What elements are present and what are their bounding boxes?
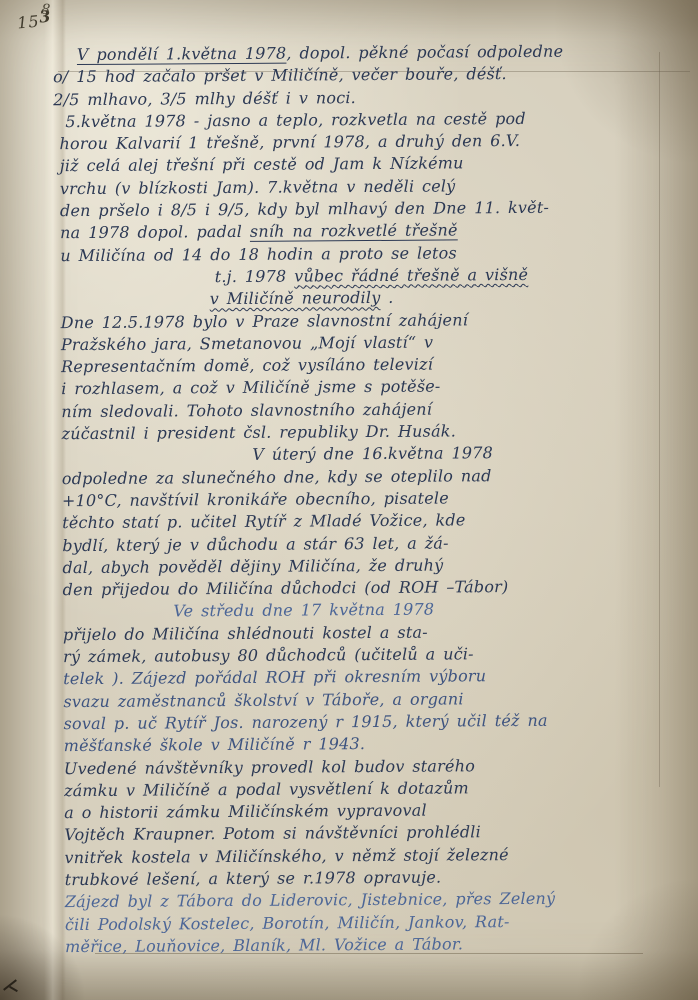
text-segment: telek ). Zájezd pořádal ROH při okresním… — [63, 667, 486, 689]
scanned-chronicle-page: 1583 V pondělí 1.května 1978, dopol. pěk… — [0, 0, 698, 1000]
pen-mark — [3, 979, 17, 990]
text-segment: V úterý dne 16.května 1978 — [252, 444, 493, 465]
text-segment: soval p. uč Rytíř Jos. narozený r 1915, … — [63, 711, 547, 733]
text-segment: již celá alej třešní při cestě od Jam k … — [60, 154, 464, 176]
text-segment: odpoledne za slunečného dne, kdy se otep… — [62, 466, 492, 488]
handwritten-line: měřice, Louňovice, Blaník, Ml. Vožice a … — [65, 932, 687, 959]
text-segment: rý zámek, autobusy 80 důchodců (učitelů … — [63, 644, 474, 666]
text-segment: dal, abych pověděl dějiny Miličína, že d… — [62, 555, 443, 577]
text-segment: vůbec řádné třešně a višně — [294, 265, 528, 286]
page-text: V pondělí 1.května 1978, dopol. pěkné po… — [59, 40, 687, 958]
text-segment: t.j. 1978 — [215, 267, 295, 287]
page-number-base: 15 — [16, 12, 40, 33]
text-segment: Uvedené návštěvníky provedl kol budov st… — [64, 756, 475, 778]
text-segment: a o historii zámku Miličínském vypravova… — [64, 801, 427, 823]
pen-mark — [9, 986, 18, 992]
text-segment: sníh na rozkvetlé třešně — [250, 221, 458, 241]
text-segment: vnitřek kostela v Miličínského, v němž s… — [64, 845, 508, 867]
text-segment: ním sledovali. Tohoto slavnostního zaháj… — [61, 399, 432, 421]
text-segment: zámku v Miličíně a podal vysvětlení k do… — [64, 778, 469, 800]
text-segment: vrchu (v blízkosti Jam). 7.května v nedě… — [60, 176, 456, 198]
text-segment: horou Kalvarií 1 třešně, první 1978, a d… — [59, 131, 520, 153]
text-segment: zúčastnil i president čsl. republiky Dr.… — [61, 421, 456, 443]
text-segment: měřice, Louňovice, Blaník, Ml. Vožice a … — [65, 934, 463, 956]
text-segment: na 1978 dopol. padal — [60, 222, 250, 242]
text-segment: Vojtěch Kraupner. Potom si návštěvníci p… — [64, 823, 481, 845]
text-segment: Representačním domě, což vysíláno televi… — [61, 355, 433, 377]
text-segment: Pražského jara, Smetanovou „Mojí vlastí“… — [61, 332, 433, 354]
text-segment: bydlí, který je v důchodu a stár 63 let,… — [62, 533, 449, 555]
handwritten-line: v Miličíně neurodily . — [0, 286, 613, 313]
text-segment: den přijedou do Miličína důchodci (od RO… — [63, 577, 509, 599]
page-number-corrected-digit: 83 — [38, 6, 53, 27]
handwritten-line: Ve středu dne 17 května 1978 — [0, 598, 615, 625]
text-segment: 5.května 1978 - jasno a teplo, rozkvetla… — [65, 109, 526, 131]
text-segment: o/ 15 hod začalo pršet v Miličíně, večer… — [53, 64, 507, 86]
text-segment: svazu zaměstnanců školství v Táboře, a o… — [63, 689, 463, 711]
text-segment: v Miličíně neurodily — [210, 288, 381, 308]
text-segment: , dopol. pěkné počasí odpoledne — [286, 42, 563, 63]
page-number: 1583 — [16, 6, 53, 33]
text-segment: těchto statí p. učitel Rytíř z Mladé Vož… — [62, 511, 465, 533]
text-segment: +10°C, navštívil kronikáře obecního, pis… — [62, 488, 449, 510]
text-segment: . — [380, 288, 393, 307]
text-segment: i rozhlasem, a což v Miličíně jsme s pot… — [61, 377, 440, 399]
text-segment: V pondělí 1.května 1978 — [77, 44, 287, 64]
text-segment: čili Podolský Kostelec, Borotín, Miličín… — [65, 912, 510, 934]
text-segment: den pršelo i 8/5 i 9/5, kdy byl mlhavý d… — [60, 198, 549, 220]
page-number-digit-over: 3 — [38, 7, 52, 27]
text-segment: měšťanské škole v Miličíně r 1943. — [64, 734, 366, 755]
text-segment: Ve středu dne 17 května 1978 — [173, 600, 434, 621]
text-segment: přijelo do Miličína shlédnouti kostel a … — [63, 622, 428, 644]
text-segment: trubkové lešení, a který se r.1978 oprav… — [65, 868, 442, 890]
text-segment: Dne 12.5.1978 bylo v Praze slavnostní za… — [61, 310, 468, 332]
text-segment: Zájezd byl z Tábora do Liderovic, Jisteb… — [65, 889, 556, 911]
text-segment: u Miličína od 14 do 18 hodin a proto se … — [60, 243, 457, 265]
text-segment: 2/5 mlhavo, 3/5 mlhy déšť i v noci. — [53, 88, 356, 109]
